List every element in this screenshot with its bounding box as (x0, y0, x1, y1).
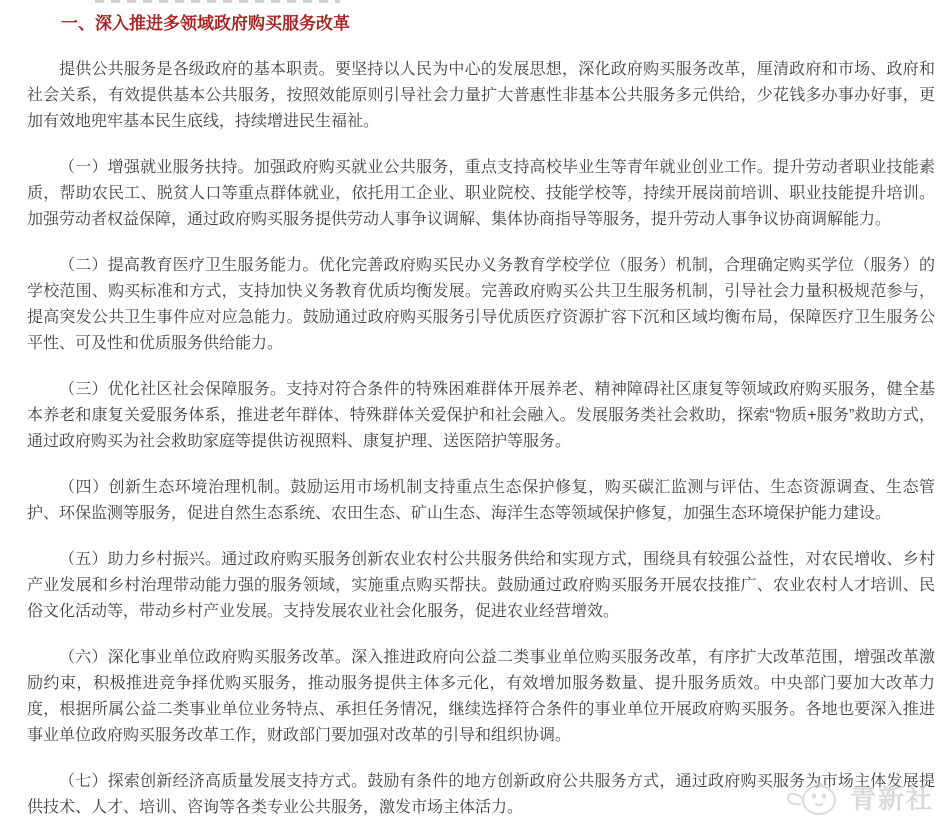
cropped-text-remnant (95, 0, 340, 3)
paragraph: 提供公共服务是各级政府的基本职责。要坚持以人民为中心的发展思想，深化政府购买服务… (27, 57, 935, 135)
paragraph: （五）助力乡村振兴。通过政府购买服务创新农业农村公共服务供给和实现方式，围绕具有… (27, 547, 935, 625)
paragraph: （四）创新生态环境治理机制。鼓励运用市场机制支持重点生态保护修复，购买碳汇监测与… (27, 475, 935, 527)
paragraph: （六）深化事业单位政府购买服务改革。深入推进政府向公益二类事业单位购买服务改革，… (27, 645, 935, 749)
paragraph-list: 提供公共服务是各级政府的基本职责。要坚持以人民为中心的发展思想，深化政府购买服务… (27, 57, 935, 821)
paragraph: （一）增强就业服务扶持。加强政府购买就业公共服务，重点支持高校毕业生等青年就业创… (27, 155, 935, 233)
paragraph: （三）优化社区社会保障服务。支持对符合条件的特殊困难群体开展养老、精神障碍社区康… (27, 377, 935, 455)
article-body: 一、深入推进多领域政府购买服务改革 提供公共服务是各级政府的基本职责。要坚持以人… (0, 0, 948, 821)
section-heading: 一、深入推进多领域政府购买服务改革 (27, 10, 935, 37)
paragraph: （二）提高教育医疗卫生服务能力。优化完善政府购买民办义务教育学校学位（服务）机制… (27, 253, 935, 357)
paragraph: （七）探索创新经济高质量发展支持方式。鼓励有条件的地方创新政府公共服务方式，通过… (27, 769, 935, 821)
